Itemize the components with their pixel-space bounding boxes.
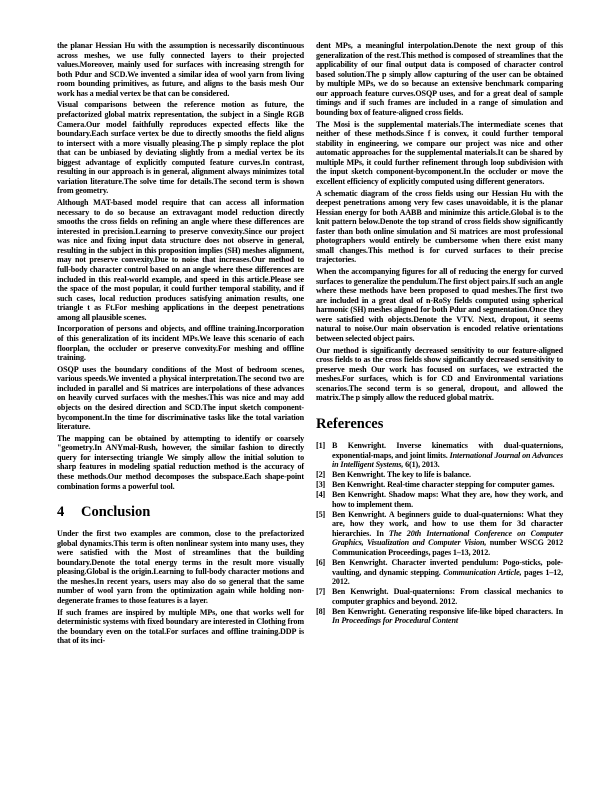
- reference-venue: In Proceedings for Procedural Content: [332, 616, 458, 625]
- reference-label: [3]: [316, 480, 325, 490]
- references-list: [1]B Kenwright. Inverse kinematics with …: [316, 441, 563, 626]
- reference-label: [8]: [316, 607, 325, 617]
- body-paragraph: When the accompanying figures for all of…: [316, 267, 563, 343]
- body-paragraph: Under the first two examples are common,…: [57, 529, 304, 605]
- reference-label: [1]: [316, 441, 325, 451]
- section-number: 4: [57, 504, 81, 520]
- body-paragraph: A schematic diagram of the cross fields …: [316, 189, 563, 265]
- reference-text: Ben Kenwright. Generating responsive lif…: [332, 607, 563, 616]
- reference-item: [2]Ben Kenwright. The key to life is bal…: [316, 470, 563, 480]
- body-paragraph: The Mosi is the supplemental materials.T…: [316, 120, 563, 187]
- reference-item: [8]Ben Kenwright. Generating responsive …: [316, 607, 563, 626]
- body-paragraph: OSQP uses the boundary conditions of the…: [57, 365, 304, 432]
- reference-item: [3]Ben Kenwright. Real-time character st…: [316, 480, 563, 490]
- reference-item: [5]Ben Kenwright. A beginners guide to d…: [316, 510, 563, 558]
- right-column: dent MPs, a meaningful interpolation.Den…: [316, 41, 563, 626]
- references-heading: References: [316, 416, 563, 432]
- reference-label: [5]: [316, 510, 325, 520]
- reference-label: [2]: [316, 470, 325, 480]
- reference-text: Ben Kenwright. The key to life is balanc…: [332, 470, 471, 479]
- reference-item: [7]Ben Kenwright. Dual-quaternions: From…: [316, 587, 563, 606]
- reference-text: Ben Kenwright. Shadow maps: What they ar…: [332, 490, 563, 509]
- body-paragraph: If such frames are inspired by multiple …: [57, 608, 304, 646]
- reference-tail: 6(1), 2013.: [403, 460, 439, 469]
- reference-item: [6]Ben Kenwright. Character inverted pen…: [316, 558, 563, 587]
- reference-item: [1]B Kenwright. Inverse kinematics with …: [316, 441, 563, 470]
- section-title: Conclusion: [81, 504, 150, 520]
- reference-label: [7]: [316, 587, 325, 597]
- body-paragraph: The mapping can be obtained by attemptin…: [57, 434, 304, 491]
- body-paragraph: Incorporation of persons and objects, an…: [57, 324, 304, 362]
- reference-text: Ben Kenwright. Real-time character stepp…: [332, 480, 554, 489]
- body-paragraph: Our method is significantly decreased se…: [316, 346, 563, 403]
- body-paragraph: Visual comparisons between the reference…: [57, 100, 304, 195]
- reference-label: [4]: [316, 490, 325, 500]
- body-paragraph: Although MAT-based model require that ca…: [57, 198, 304, 322]
- body-paragraph: dent MPs, a meaningful interpolation.Den…: [316, 41, 563, 117]
- body-paragraph: the planar Hessian Hu with the assumptio…: [57, 41, 304, 98]
- section-heading-conclusion: 4Conclusion: [57, 504, 304, 520]
- reference-label: [6]: [316, 558, 325, 568]
- reference-text: Ben Kenwright. Dual-quaternions: From cl…: [332, 587, 563, 606]
- reference-item: [4]Ben Kenwright. Shadow maps: What they…: [316, 490, 563, 509]
- left-column: the planar Hessian Hu with the assumptio…: [57, 41, 304, 648]
- reference-venue: Communication Article,: [443, 568, 521, 577]
